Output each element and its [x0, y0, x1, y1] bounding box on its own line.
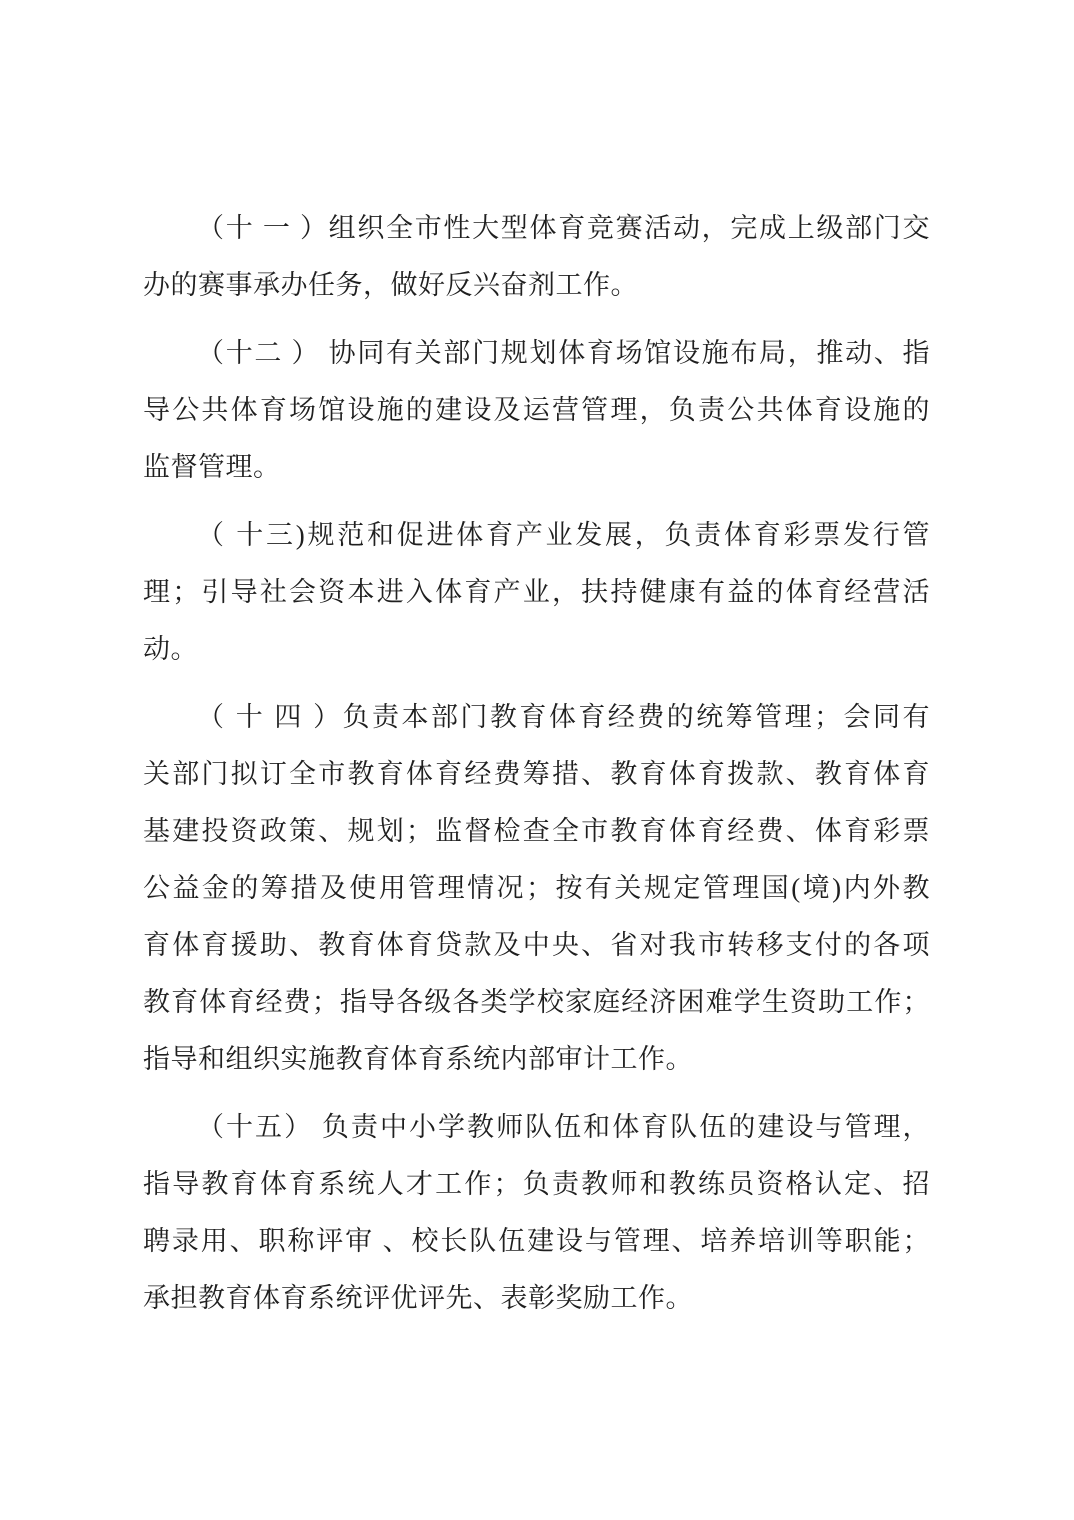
text-line: 关部门拟订全市教育体育经费筹措、教育体育拨款、教育体育	[143, 746, 930, 803]
text-line: 基建投资政策、规划；监督检查全市教育体育经费、体育彩票	[143, 803, 930, 860]
document-page: （十 一 ）组织全市性大型体育竞赛活动，完成上级部门交 办的赛事承办任务，做好反…	[0, 0, 1074, 1520]
text-line: 监督管理。	[143, 439, 930, 496]
text-line: （ 十三)规范和促进体育产业发展，负责体育彩票发行管	[143, 507, 930, 564]
text-line: 指导和组织实施教育体育系统内部审计工作。	[143, 1031, 930, 1088]
text-line: （ 十 四 ）负责本部门教育体育经费的统筹管理；会同有	[143, 689, 930, 746]
text-line: 育体育援助、教育体育贷款及中央、省对我市转移支付的各项	[143, 917, 930, 974]
text-line: 指导教育体育系统人才工作；负责教师和教练员资格认定、招	[143, 1156, 930, 1213]
text-line: 导公共体育场馆设施的建设及运营管理，负责公共体育设施的	[143, 382, 930, 439]
paragraph-item-15: （十五） 负责中小学教师队伍和体育队伍的建设与管理， 指导教育体育系统人才工作；…	[143, 1099, 930, 1327]
paragraph-item-11: （十 一 ）组织全市性大型体育竞赛活动，完成上级部门交 办的赛事承办任务，做好反…	[143, 200, 930, 314]
text-line: 公益金的筹措及使用管理情况；按有关规定管理国(境)内外教	[143, 860, 930, 917]
document-body: （十 一 ）组织全市性大型体育竞赛活动，完成上级部门交 办的赛事承办任务，做好反…	[143, 200, 930, 1338]
text-line: （十五） 负责中小学教师队伍和体育队伍的建设与管理，	[143, 1099, 930, 1156]
paragraph-item-13: （ 十三)规范和促进体育产业发展，负责体育彩票发行管 理；引导社会资本进入体育产…	[143, 507, 930, 678]
paragraph-item-12: （十二 ） 协同有关部门规划体育场馆设施布局，推动、指 导公共体育场馆设施的建设…	[143, 325, 930, 496]
text-line: 办的赛事承办任务，做好反兴奋剂工作。	[143, 257, 930, 314]
text-line: （十二 ） 协同有关部门规划体育场馆设施布局，推动、指	[143, 325, 930, 382]
text-line: 承担教育体育系统评优评先、表彰奖励工作。	[143, 1270, 930, 1327]
paragraph-item-14: （ 十 四 ）负责本部门教育体育经费的统筹管理；会同有 关部门拟订全市教育体育经…	[143, 689, 930, 1088]
text-line: 教育体育经费；指导各级各类学校家庭经济困难学生资助工作；	[143, 974, 930, 1031]
text-line: 理；引导社会资本进入体育产业，扶持健康有益的体育经营活	[143, 564, 930, 621]
text-line: （十 一 ）组织全市性大型体育竞赛活动，完成上级部门交	[143, 200, 930, 257]
text-line: 聘录用、职称评审 、校长队伍建设与管理、培养培训等职能；	[143, 1213, 930, 1270]
text-line: 动。	[143, 621, 930, 678]
